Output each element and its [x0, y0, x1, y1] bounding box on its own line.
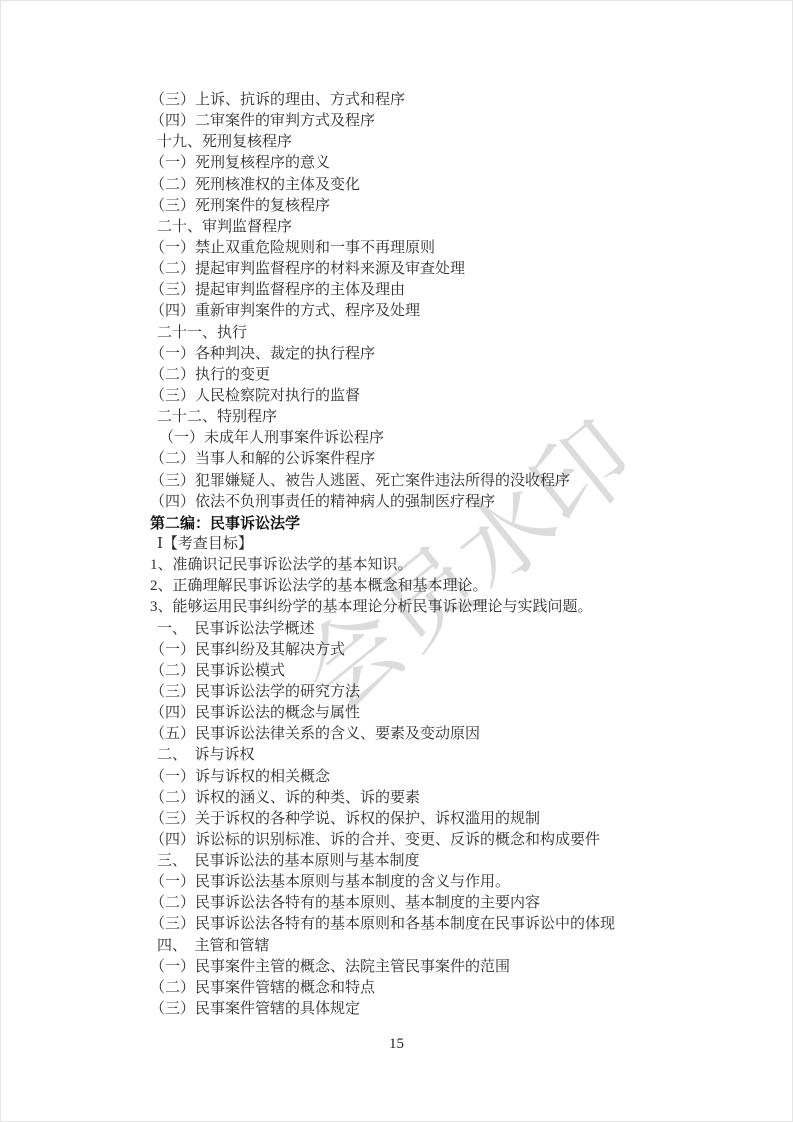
document-page: 会员水印 （三）上诉、抗诉的理由、方式和程序 （四）二审案件的审判方式及程序 十…	[0, 0, 793, 1122]
text-line: （四）依法不负刑事责任的精神病人的强制医疗程序	[150, 492, 690, 513]
text-line: （二）死刑核准权的主体及变化	[150, 175, 690, 196]
text-line: （三）民事诉讼法学的研究方法	[150, 682, 690, 703]
text-line: （三）关于诉权的各种学说、诉权的保护、诉权滥用的规制	[150, 809, 690, 830]
text-line: （一）民事纠纷及其解决方式	[150, 640, 690, 661]
text-line: （二）当事人和解的公诉案件程序	[150, 449, 690, 470]
text-line: （三）人民检察院对执行的监督	[150, 386, 690, 407]
text-line: （一）诉与诉权的相关概念	[150, 767, 690, 788]
text-line: （一）民事案件主管的概念、法院主管民事案件的范围	[150, 957, 690, 978]
text-line: （二）民事诉讼法各特有的基本原则、基本制度的主要内容	[150, 893, 690, 914]
section-heading: 二十二、特别程序	[157, 407, 690, 428]
text-line: （三）提起审判监督程序的主体及理由	[150, 280, 690, 301]
text-line: （一）民事诉讼法基本原则与基本制度的含义与作用。	[150, 872, 690, 893]
page-number: 15	[0, 1036, 793, 1053]
text-line: （三）犯罪嫌疑人、被告人逃匿、死亡案件违法所得的没收程序	[150, 471, 690, 492]
section-heading: 三、 民事诉讼法的基本原则与基本制度	[157, 851, 690, 872]
document-body: （三）上诉、抗诉的理由、方式和程序 （四）二审案件的审判方式及程序 十九、死刑复…	[150, 90, 690, 1020]
text-line: （三）民事案件管辖的具体规定	[150, 999, 690, 1020]
text-line: （一）未成年人刑事案件诉讼程序	[159, 428, 690, 449]
goal-item: 2、正确理解民事诉讼法学的基本概念和基本理论。	[150, 576, 690, 597]
section-heading: 二十一、执行	[157, 323, 690, 344]
text-line: （一）各种判决、裁定的执行程序	[150, 344, 690, 365]
section-heading: 十九、死刑复核程序	[157, 132, 690, 153]
text-line: （三）民事诉讼法各特有的基本原则和各基本制度在民事诉讼中的体现	[150, 914, 690, 935]
goal-item: 1、准确识记民事诉讼法学的基本知识。	[150, 555, 690, 576]
text-line: （四）重新审判案件的方式、程序及处理	[150, 301, 690, 322]
section-heading: 四、 主管和管辖	[157, 936, 690, 957]
text-line: （三）死刑案件的复核程序	[150, 196, 690, 217]
section-heading: 二十、审判监督程序	[157, 217, 690, 238]
part-title: 第二编：民事诉讼法学	[150, 513, 690, 534]
text-line: （二）诉权的涵义、诉的种类、诉的要素	[150, 788, 690, 809]
section-heading: 二、 诉与诉权	[157, 745, 690, 766]
text-line: （二）提起审判监督程序的材料来源及审查处理	[150, 259, 690, 280]
text-line: （四）二审案件的审判方式及程序	[150, 111, 690, 132]
text-line: （二）执行的变更	[150, 365, 690, 386]
text-line: （三）上诉、抗诉的理由、方式和程序	[150, 90, 690, 111]
goals-heading: Ⅰ【考查目标】	[157, 534, 690, 555]
text-line: （一）禁止双重危险规则和一事不再理原则	[150, 238, 690, 259]
text-line: （二）民事案件管辖的概念和特点	[150, 978, 690, 999]
goal-item: 3、能够运用民事纠纷学的基本理论分析民事诉讼理论与实践问题。	[150, 597, 690, 618]
section-heading: 一、 民事诉讼法学概述	[157, 619, 690, 640]
text-line: （一）死刑复核程序的意义	[150, 153, 690, 174]
text-line: （五）民事诉讼法律关系的含义、要素及变动原因	[150, 724, 690, 745]
text-line: （四）诉讼标的识别标准、诉的合并、变更、反诉的概念和构成要件	[150, 830, 690, 851]
text-line: （二）民事诉讼模式	[150, 661, 690, 682]
text-line: （四）民事诉讼法的概念与属性	[150, 703, 690, 724]
